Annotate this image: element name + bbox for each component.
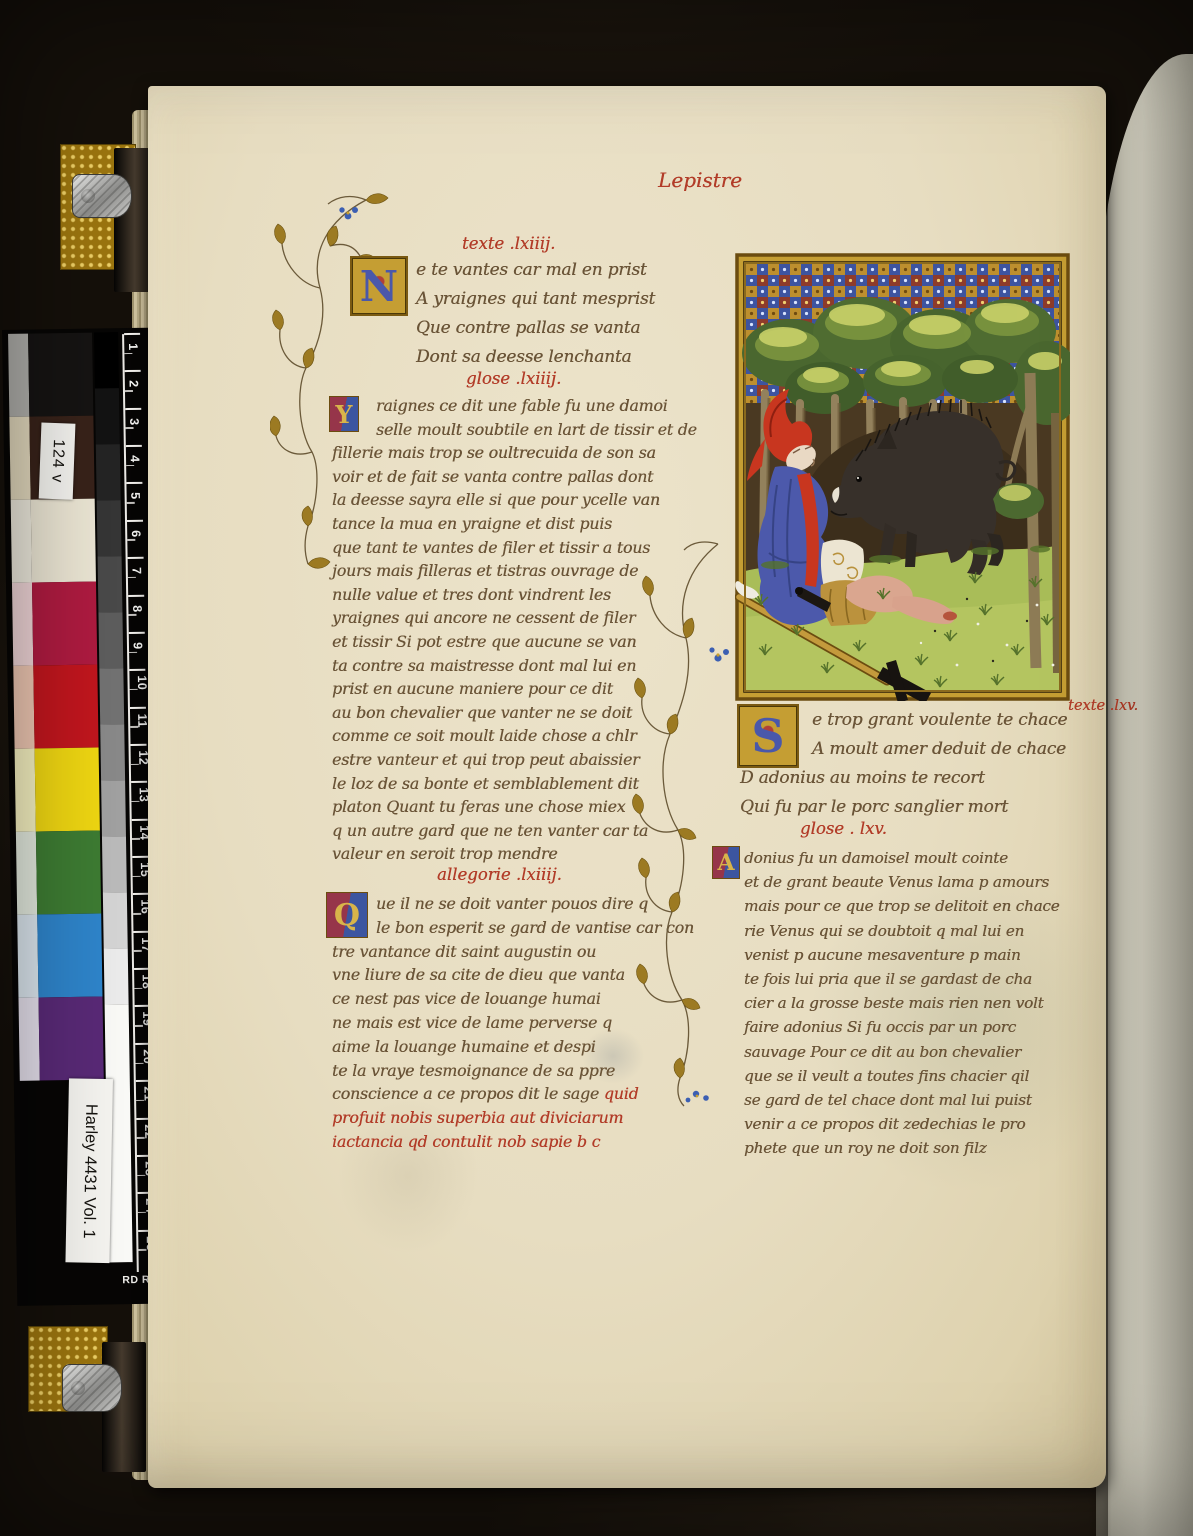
patch-main: [35, 748, 100, 832]
patch-main: [32, 582, 97, 666]
manuscript-text-line: tance la mua en yraigne et dist puis: [332, 512, 697, 536]
texte-64-verse: e te vantes car mal en pristA yraignes q…: [416, 256, 655, 372]
champ-initial-a: A: [712, 846, 740, 879]
greyscale-step: [100, 724, 125, 780]
color-patch-white: [11, 499, 96, 583]
manuscript-page: Lepistre: [148, 86, 1106, 1488]
manuscript-text-line: sauvage Pour ce dit au bon chevalier: [744, 1040, 1059, 1064]
patch-main: [38, 997, 103, 1081]
manuscript-text-line: Qui fu par le porc sanglier mort: [740, 793, 1067, 822]
patch-tint: [17, 915, 38, 998]
greyscale-step: [96, 444, 121, 500]
running-title: Lepistre: [658, 168, 742, 192]
color-patch-black: [8, 333, 93, 417]
patch-tint: [12, 583, 33, 666]
manuscript-text-line: e te vantes car mal en prist: [416, 256, 655, 285]
facing-page-fore-edge: [1096, 54, 1193, 1536]
color-patch-blue: [17, 914, 102, 998]
ruler-number: 6: [129, 530, 143, 538]
greyscale-step: [101, 780, 126, 836]
greyscale-step: [103, 892, 128, 948]
patch-tint: [18, 998, 39, 1081]
manuscript-photo: 1234567891011121314151617181920212223242…: [0, 0, 1193, 1536]
greyscale-step: [94, 332, 119, 388]
greyscale-step: [99, 668, 124, 724]
ruler-number: 9: [131, 642, 145, 650]
manuscript-text-line: phete que un roy ne doit son filz: [744, 1136, 1059, 1160]
ruler-mark-1: 1: [124, 334, 150, 372]
manuscript-text-line: rie Venus qui se doubtoit q mal lui en: [744, 919, 1059, 943]
metal-clasp-bottom: [62, 1364, 122, 1412]
manuscript-text-line: voir et de fait se vanta contre pallas d…: [332, 465, 697, 489]
color-patch-purple: [18, 997, 103, 1081]
glose-65-text: donius fu un damoisel moult cointeet de …: [744, 846, 1059, 1161]
greyscale-step: [98, 556, 123, 612]
miniature-boar-attacking-adonis: [735, 253, 1070, 701]
patch-tint: [8, 334, 29, 417]
manuscript-text-line: venist p aucune mesaventure p main: [744, 943, 1059, 967]
manuscript-text-line: fillerie mais trop se oultrecuida de son…: [332, 441, 697, 465]
ruler-number: 1: [126, 343, 140, 351]
greyscale-step: [98, 612, 123, 668]
ruler-number: 7: [129, 567, 143, 575]
folio-number-label: 124 v: [47, 439, 67, 484]
manuscript-text-line: cier a la grosse beste mais rien nen vol…: [744, 991, 1059, 1015]
manuscript-text-line: Dont sa deesse lenchanta: [416, 343, 655, 372]
illuminated-initial-n: N: [350, 256, 408, 316]
ink-segment: conscience a ce propos dit le sage: [332, 1084, 604, 1103]
manuscript-text-line: faire adonius Si fu occis par un porc: [744, 1015, 1059, 1039]
patch-main: [36, 831, 101, 915]
ruler-number: 2: [127, 380, 141, 388]
ruler-number: 3: [127, 418, 141, 426]
patch-main: [31, 499, 96, 583]
shelfmark-sticker: Harley 4431 Vol. 1: [65, 1078, 113, 1263]
manuscript-text-line: raignes ce dit une fable fu une damoi: [332, 394, 697, 418]
ruler-mark-2: 2: [125, 371, 151, 409]
greyscale-step: [104, 948, 129, 1004]
patch-tint: [13, 666, 34, 749]
ruler-number: 5: [128, 493, 142, 501]
manuscript-text-line: selle moult soubtile en lart de tissir e…: [332, 418, 697, 442]
greyscale-step: [97, 500, 122, 556]
patch-main: [37, 914, 102, 998]
color-patch-yellow: [15, 748, 100, 832]
rubric-allegorie-64: allegorie .lxiiij.: [437, 865, 562, 884]
color-patch-green: [16, 831, 101, 915]
manuscript-text-line: e trop grant voulente te chace: [740, 706, 1067, 735]
manuscript-text-line: A moult amer deduit de chace: [740, 735, 1067, 764]
manuscript-text-line: mais pour ce que trop se delitoit en cha…: [744, 894, 1059, 918]
greyscale-step: [95, 388, 120, 444]
shelfmark-label: Harley 4431 Vol. 1: [78, 1103, 100, 1238]
manuscript-text-line: et de grant beaute Venus lama p amours: [744, 870, 1059, 894]
patch-tint: [11, 500, 32, 583]
manuscript-text-line: te fois lui pria que il se gardast de ch…: [744, 967, 1059, 991]
color-patch-red: [13, 665, 98, 749]
rubric-texte-65: texte .lxv.: [1068, 698, 1138, 714]
folio-number-sticker: 124 v: [39, 423, 76, 500]
red-ink-segment: iactancia qd contulit nob sapie b c: [332, 1132, 600, 1151]
ruler-number: 4: [128, 455, 142, 463]
rubric-glose-64: glose .lxiiij.: [466, 369, 561, 388]
rubric-texte-64: texte .lxiiij.: [462, 234, 555, 253]
manuscript-text-line: que se il veult a toutes fins chacier qi…: [744, 1064, 1059, 1088]
color-calibration-bar: 1234567891011121314151617181920212223242…: [2, 328, 163, 1306]
patch-main: [33, 665, 98, 749]
manuscript-text-line: D adonius au moins te recort: [740, 764, 1067, 793]
gutter-vine-decoration: [600, 538, 750, 1110]
manuscript-text-line: iactancia qd contulit nob sapie b c: [332, 1130, 694, 1154]
rubric-glose-65: glose . lxv.: [800, 819, 887, 838]
ruler-number: 8: [130, 605, 144, 613]
greyscale-step: [102, 836, 127, 892]
manuscript-text-line: venir a ce propos dit zedechias le pro: [744, 1112, 1059, 1136]
manuscript-text-line: se gard de tel chace dont mal lui puist: [744, 1088, 1059, 1112]
color-patch-crimson: [12, 582, 97, 666]
patch-tint: [16, 832, 37, 915]
manuscript-text-line: Que contre pallas se vanta: [416, 314, 655, 343]
red-ink-segment: profuit nobis superbia aut diviciarum: [332, 1108, 623, 1127]
patch-main: [28, 333, 93, 417]
manuscript-text-line: A yraignes qui tant mesprist: [416, 285, 655, 314]
manuscript-text-line: donius fu un damoisel moult cointe: [744, 846, 1059, 870]
ruler-mark-3: 3: [125, 408, 151, 446]
patch-tint: [9, 417, 30, 500]
manuscript-text-line: la deesse sayra elle si que pour ycelle …: [332, 488, 697, 512]
texte-65-verse: e trop grant voulente te chaceA moult am…: [740, 706, 1067, 822]
ruler-number: 10: [135, 676, 149, 691]
patch-tint: [15, 749, 36, 832]
metal-clasp-top: [72, 174, 132, 218]
